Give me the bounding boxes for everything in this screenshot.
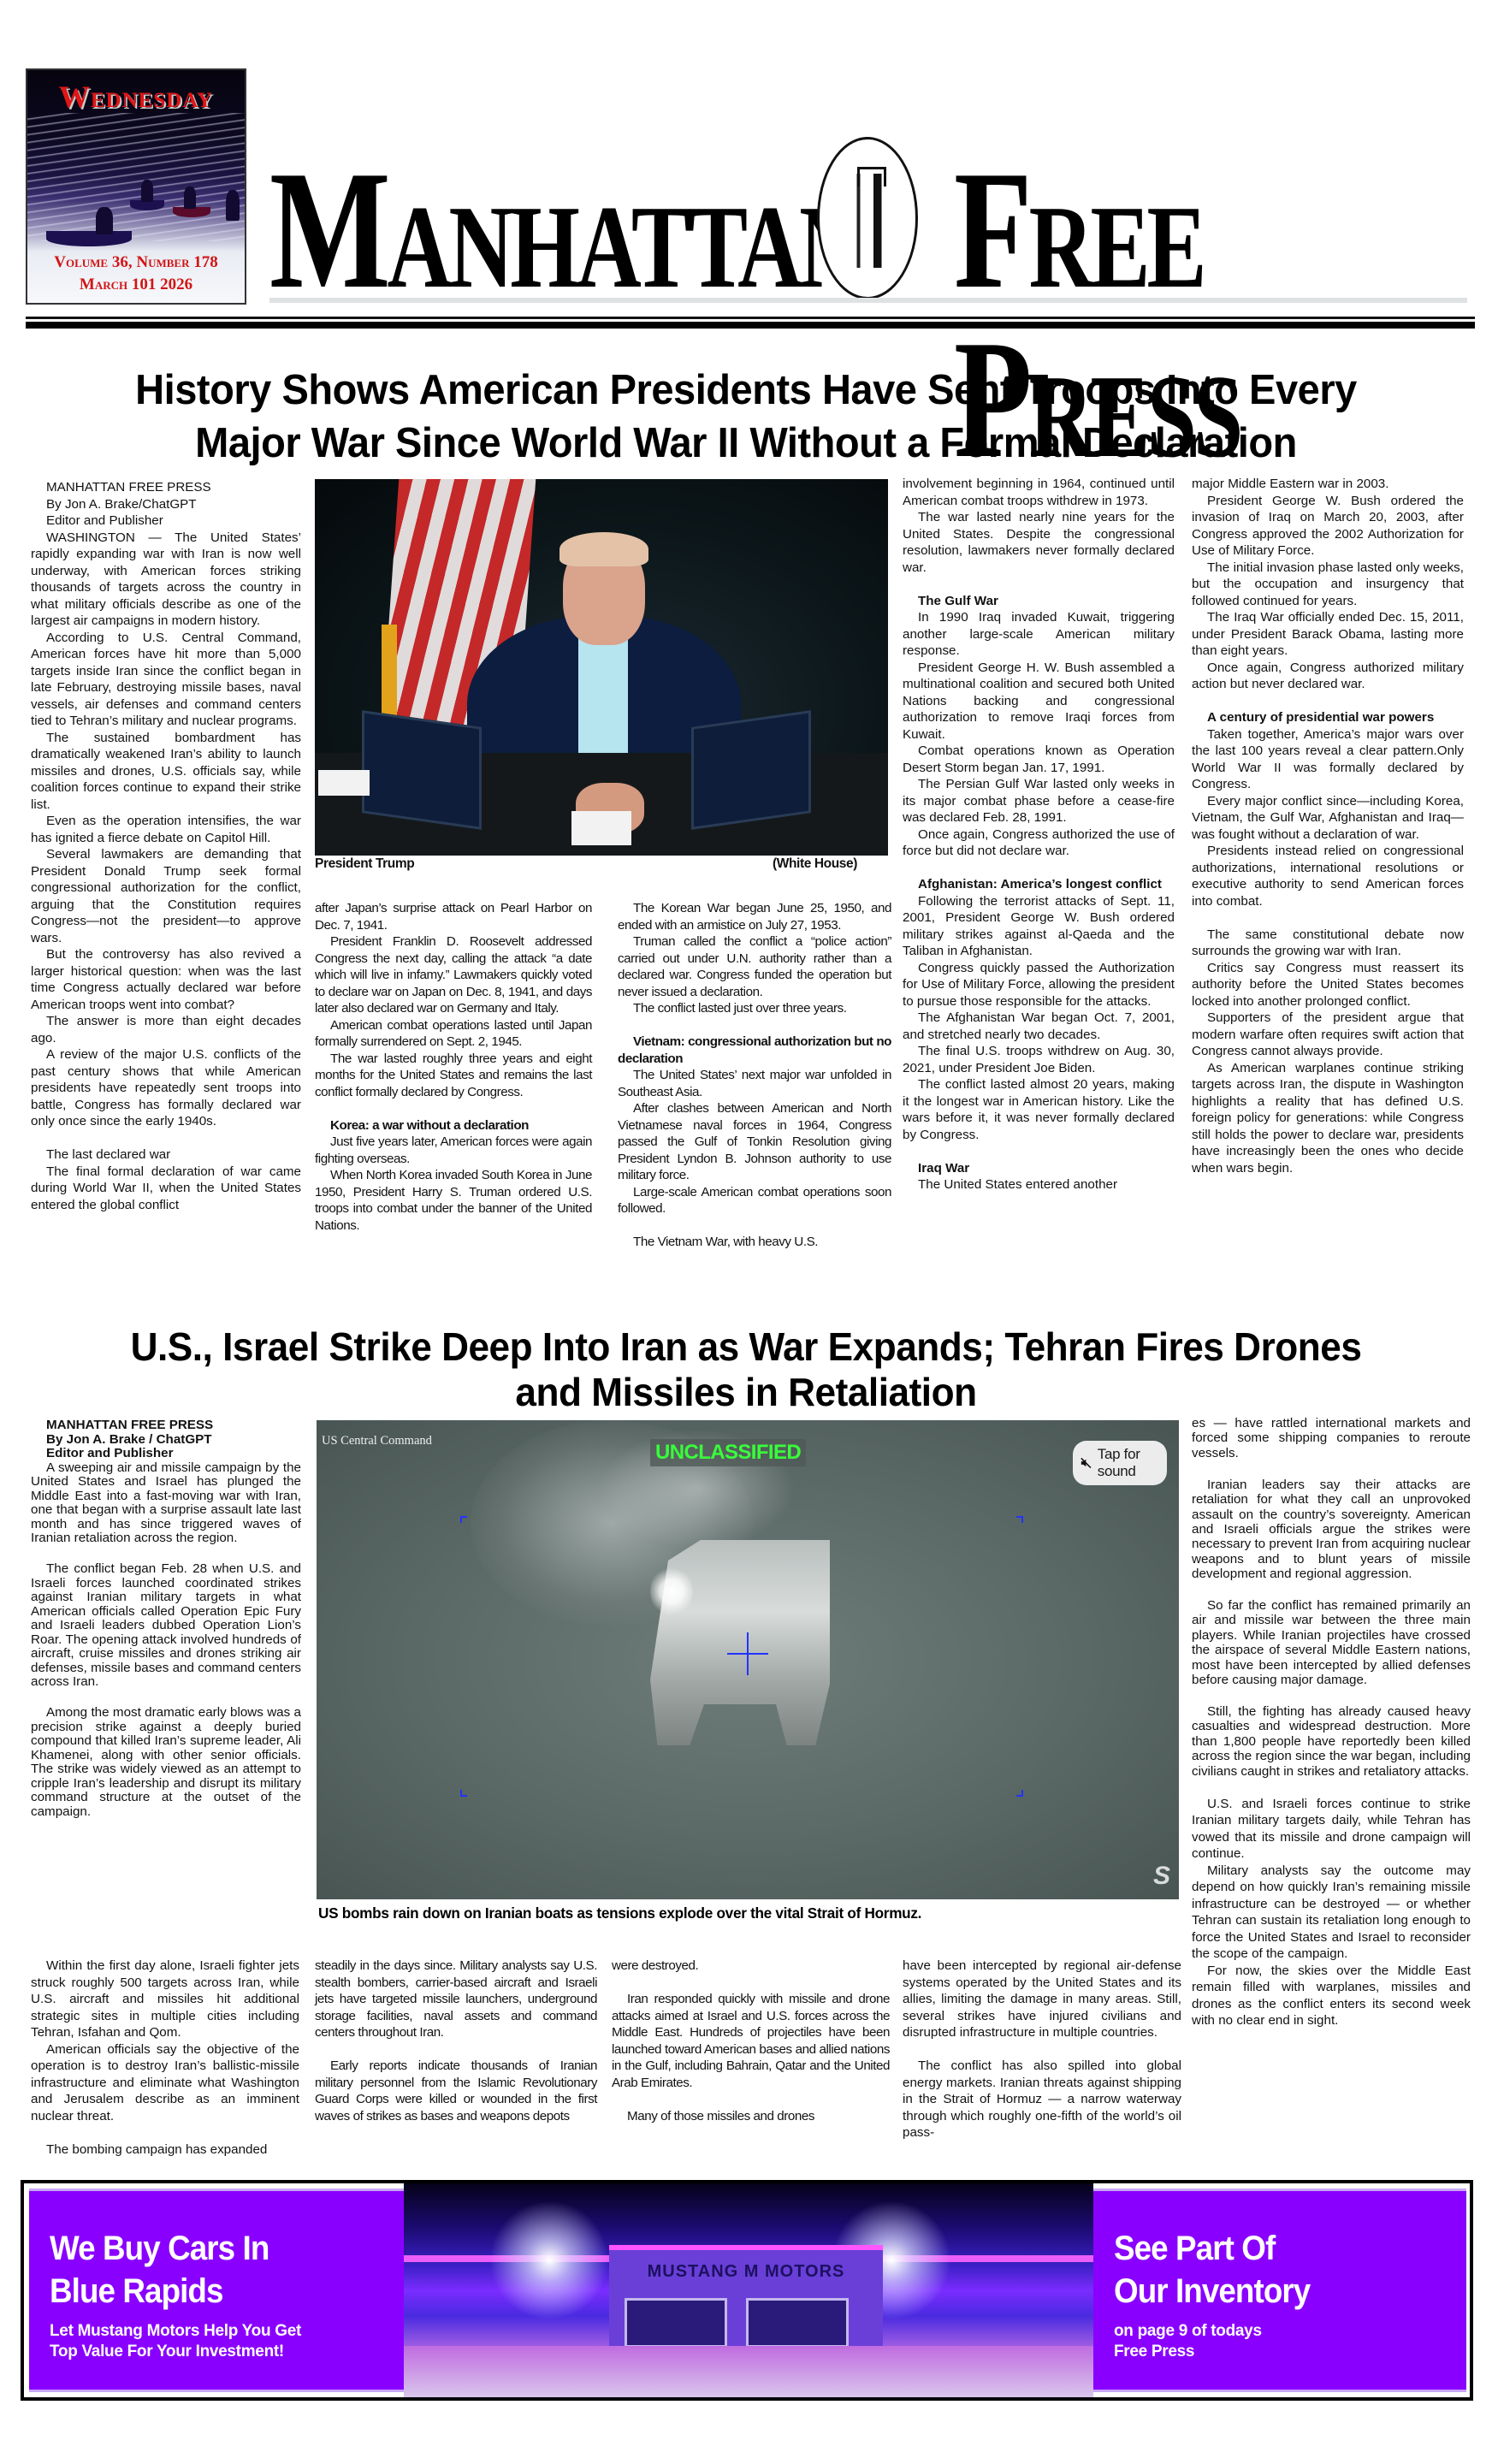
paragraph: Military analysts say the outcome may de… [1192,1863,1471,1963]
president-photo [315,479,888,856]
paddler-icon [141,180,153,202]
paragraph: The conflict lasted just over three year… [618,1000,891,1017]
ad-subtext: on page 9 of todays [1114,2321,1262,2342]
paragraph: The United States entered another [903,1176,1175,1193]
press-figure-icon [849,174,890,268]
byline-role: Editor and Publisher [31,1447,301,1461]
byline: By Jon A. Brake / ChatGPT [31,1433,301,1448]
paragraph: Still, the fighting has already caused h… [1192,1704,1471,1779]
paragraph: involvement beginning in 1964, continued… [903,476,1175,509]
paragraph: The conflict lasted almost 20 years, mak… [903,1076,1175,1143]
article1-column-1: MANHATTAN FREE PRESS By Jon A. Brake/Cha… [31,479,301,1213]
paragraph: The Iraq War officially ended Dec. 15, 2… [1192,609,1464,660]
parking-lot-graphic [404,2346,1093,2397]
paragraph: The sustained bombardment has dramatical… [31,730,301,814]
printing-press-seal-icon [817,137,918,299]
paragraph: after Japan’s surprise attack on Pearl H… [315,900,592,933]
paragraph: Among the most dramatic early blows was … [31,1706,301,1819]
byline-role: Editor and Publisher [31,512,301,530]
floodlight-glow-graphic [489,2200,609,2320]
paragraph: were destroyed. [612,1958,890,1975]
storefront-graphic: MUSTANG M MOTORS [609,2245,883,2356]
paddler-icon [184,187,196,209]
article2-column-4: were destroyed. Iran responded quickly w… [612,1958,890,2124]
paragraph: As American warplanes continue striking … [1192,1060,1464,1177]
paddler-icon [96,207,113,234]
strike-video-still[interactable]: US Central Command UNCLASSIFIED Tap for … [317,1420,1179,1899]
subhead: A century of presidential war powers [1192,709,1464,726]
paragraph: A review of the major U.S. conflicts of … [31,1046,301,1130]
tap-for-sound-button[interactable]: Tap for sound [1073,1441,1167,1485]
paragraph: Congress quickly passed the Authorizatio… [903,960,1175,1010]
paragraph: have been intercepted by regional air-de… [903,1958,1181,2041]
paragraph: The final U.S. troops withdrew on Aug. 3… [903,1043,1175,1076]
paragraph: After clashes between American and North… [618,1100,891,1184]
paragraph: The Persian Gulf War lasted only weeks i… [903,776,1175,826]
subhead: Korea: a war without a declaration [315,1117,592,1134]
paragraph: President Franklin D. Roosevelt addresse… [315,933,592,1017]
dateline: MANHATTAN FREE PRESS [31,479,301,496]
classification-label: UNCLASSIFIED [650,1439,806,1466]
article2-column-2: Within the first day alone, Israeli figh… [0,1958,299,2158]
subhead: Afghanistan: America’s longest conflict [903,876,1175,893]
paddler-icon [226,190,240,221]
paragraph: President George H. W. Bush assembled a … [903,660,1175,743]
paragraph: The Korean War began June 25, 1950, and … [618,900,891,933]
article1-column-4: involvement beginning in 1964, continued… [903,476,1175,1193]
ad-subtext: Top Value For Your Investment! [50,2342,284,2362]
paragraph: Taken together, America’s major wars ove… [1192,726,1464,793]
paragraph: Large-scale American combat operations s… [618,1184,891,1217]
article2-column-6: es — have rattled international markets … [1192,1416,1471,2029]
paragraph: Critics say Congress must reassert its a… [1192,960,1464,1010]
paragraph: steadily in the days since. Military ana… [315,1958,597,2041]
paragraph: The war lasted nearly nine years for the… [903,509,1175,576]
weekday-ear-box: Wednesday Volume 36, Number 178 March 10… [26,68,246,305]
paragraph: The United States’ next major war unfold… [618,1067,891,1100]
paragraph: The final formal declaration of war came… [31,1164,301,1214]
ad-headline: See Part Of [1114,2227,1275,2270]
ad-subtext: Let Mustang Motors Help You Get [50,2321,301,2342]
paragraph: Once again, Congress authorized the use … [903,826,1175,860]
article2-headline: U.S., Israel Strike Deep Into Iran as Wa… [30,1324,1462,1415]
paragraph: American officials say the objective of … [31,2041,299,2125]
paragraph: In 1990 Iraq invaded Kuwait, triggering … [903,609,1175,660]
targeting-bracket-icon [1016,1790,1023,1797]
paragraph: President George W. Bush ordered the inv… [1192,493,1464,560]
watermark-logo: S [1153,1862,1170,1891]
desk-phone-icon [362,710,482,830]
photo-caption: President Trump [315,856,414,872]
subhead: Vietnam: congressional authorization but… [618,1034,891,1067]
paragraph: Following the terrorist attacks of Sept.… [903,893,1175,960]
article1-headline: History Shows American Presidents Have S… [30,364,1462,470]
dealership-photo: MUSTANG M MOTORS [404,2183,1093,2397]
muted-speaker-icon [1080,1455,1092,1471]
paragraph: Early reports indicate thousands of Iran… [315,2058,597,2124]
paragraph: WASHINGTON — The United States’ rapidly … [31,530,301,630]
lake-water-graphic [27,113,245,241]
article2-column-1: MANHATTAN FREE PRESS By Jon A. Brake / C… [31,1419,301,1819]
photo-credit: (White House) [753,856,857,872]
paragraph: According to U.S. Central Command, Ameri… [31,630,301,730]
paragraph: The conflict began Feb. 28 when U.S. and… [31,1562,301,1690]
paragraph: Every major conflict since—including Kor… [1192,793,1464,844]
paragraph: The conflict has also spilled into globa… [903,2058,1181,2141]
person-hair-graphic [559,532,648,566]
nameplate-shadow-rule [269,298,1467,303]
paragraph: For now, the skies over the Middle East … [1192,1963,1471,2029]
paragraph: The Afghanistan War began Oct. 7, 2001, … [903,1010,1175,1043]
paragraph: Presidents instead relied on congression… [1192,843,1464,909]
nameplate-manhattan: Manhattan [269,145,861,315]
paragraph: major Middle Eastern war in 2003. [1192,476,1464,493]
explosion-flash-graphic [650,1566,693,1617]
paragraph: The bombing campaign has expanded [31,2141,299,2159]
paragraph: Several lawmakers are demanding that Pre… [31,846,301,946]
paragraph: Even as the operation intensifies, the w… [31,813,301,846]
paragraph: American combat operations lasted until … [315,1017,592,1051]
desk-phone-icon [691,710,811,830]
article1-column-3: The Korean War began June 25, 1950, and … [618,900,891,1251]
weekday-label: Wednesday [27,79,245,115]
paragraph: When North Korea invaded South Korea in … [315,1167,592,1234]
store-window-graphic [625,2298,727,2348]
paragraph: So far the conflict has remained primari… [1192,1598,1471,1687]
paragraph: Once again, Congress authorized military… [1192,660,1464,693]
article2-column-3: steadily in the days since. Military ana… [315,1958,597,2124]
paragraph: Many of those missiles and drones [612,2108,890,2125]
canoe-icon [46,231,132,246]
ad-headline: Blue Rapids [50,2270,223,2313]
subhead: The Gulf War [903,593,1175,610]
newspaper-nameplate: Manhattan Free Press [269,120,1476,299]
subhead: Iraq War [903,1160,1175,1177]
headline-line: and Missiles in Retaliation [30,1370,1462,1415]
ad-subtext: Free Press [1114,2342,1194,2362]
ad-left-panel: We Buy Cars In Blue Rapids Let Mustang M… [29,2189,404,2392]
ad-headline: We Buy Cars In [50,2227,269,2270]
store-sign: MUSTANG M MOTORS [643,2262,849,2282]
paragraph: Truman called the conflict a “police act… [618,933,891,1000]
crosshair-icon [727,1653,768,1655]
paragraph: The war lasted roughly three years and e… [315,1051,592,1101]
subhead: The last declared war [31,1146,301,1164]
paragraph: U.S. and Israeli forces continue to stri… [1192,1796,1471,1863]
sound-button-label: Tap for sound [1098,1446,1167,1480]
video-source-label: US Central Command [322,1434,432,1448]
article2-column-5: have been intercepted by regional air-de… [903,1958,1181,2141]
targeting-bracket-icon [460,1516,467,1523]
paragraph: Combat operations known as Operation Des… [903,743,1175,776]
store-window-graphic [746,2298,849,2348]
paper-graphic [318,770,370,796]
paragraph: But the controversy has also revived a l… [31,946,301,1013]
dateline: MANHATTAN FREE PRESS [31,1419,301,1433]
paragraph: The answer is more than eight decades ag… [31,1013,301,1046]
masthead-rule-thin [26,317,1475,319]
article1-column-2: after Japan’s surprise attack on Pearl H… [315,900,592,1234]
paragraph: Supporters of the president argue that m… [1192,1010,1464,1060]
article1-column-5: major Middle Eastern war in 2003. Presid… [1192,476,1464,1176]
paper-graphic [571,811,631,845]
headline-line: History Shows American Presidents Have S… [30,364,1462,417]
ad-right-panel: See Part Of Our Inventory on page 9 of t… [1093,2189,1466,2392]
targeting-bracket-icon [1016,1516,1023,1523]
paragraph: A sweeping air and missile campaign by t… [31,1461,301,1546]
paragraph: Within the first day alone, Israeli figh… [31,1958,299,2041]
paragraph: Iranian leaders say their attacks are re… [1192,1478,1471,1582]
headline-line: U.S., Israel Strike Deep Into Iran as Wa… [30,1324,1462,1370]
targeting-bracket-icon [460,1790,467,1797]
headline-line: Major War Since World War II Without a F… [30,417,1462,470]
paragraph: The initial invasion phase lasted only w… [1192,560,1464,610]
ad-headline: Our Inventory [1114,2270,1310,2313]
paragraph: es — have rattled international markets … [1192,1416,1471,1460]
video-caption: US bombs rain down on Iranian boats as t… [318,1904,921,1922]
volume-number: Volume 36, Number 178 [27,253,245,272]
paragraph: Just five years later, American forces w… [315,1134,592,1167]
masthead-rule-thick [26,322,1475,329]
issue-date: March 101 2026 [27,275,245,294]
byline: By Jon A. Brake/ChatGPT [31,496,301,513]
paragraph: Iran responded quickly with missile and … [612,1991,890,2091]
paragraph: The same constitutional debate now surro… [1192,927,1464,960]
paragraph: The Vietnam War, with heavy U.S. [618,1234,891,1251]
mustang-motors-ad[interactable]: We Buy Cars In Blue Rapids Let Mustang M… [21,2180,1473,2401]
